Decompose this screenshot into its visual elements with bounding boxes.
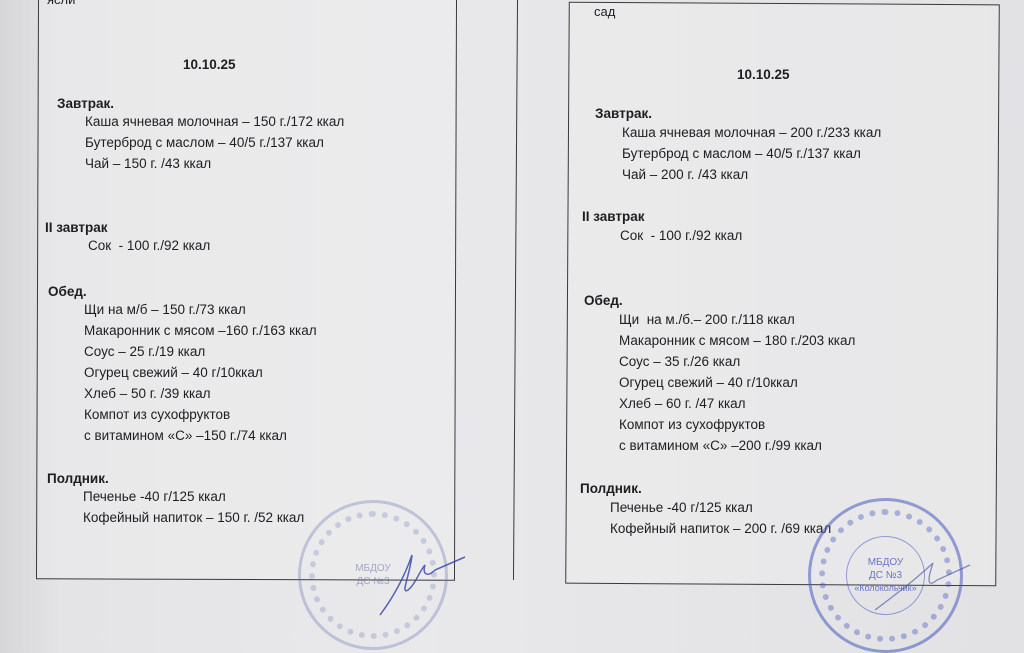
page-divider-line bbox=[513, 0, 518, 580]
stamp-text: ДС №3 bbox=[869, 569, 902, 582]
section-second-breakfast-kindergarten: II завтрак Сок - 100 г./92 ккал bbox=[582, 209, 742, 246]
menu-item: Печенье -40 г/125 ккал bbox=[610, 497, 831, 518]
menu-item: Щи на м./б.– 200 г./118 ккал bbox=[619, 309, 855, 330]
menu-item: Кофейный напиток – 200 г. /69 ккал bbox=[610, 518, 831, 539]
section-snack-kindergarten: Полдник. Печенье -40 г/125 ккал Кофейный… bbox=[580, 481, 831, 539]
menu-item: Соус – 35 г./26 ккал bbox=[619, 351, 855, 372]
stamp-text: МБДОУ bbox=[868, 556, 904, 569]
menu-item: Хлеб – 60 г. /47 ккал bbox=[619, 393, 855, 414]
group-label-kindergarten: сад bbox=[594, 4, 615, 19]
section-title: II завтрак bbox=[582, 209, 742, 224]
menu-item: Компот из сухофруктов bbox=[84, 404, 317, 425]
menu-item: Сок - 100 г./92 ккал bbox=[620, 225, 742, 246]
menu-item: Чай – 150 г. /43 ккал bbox=[85, 153, 344, 174]
menu-item: Бутерброд с маслом – 40/5 г./137 ккал bbox=[622, 143, 881, 164]
menu-item: Макаронник с мясом – 180 г./203 ккал bbox=[619, 330, 855, 351]
section-breakfast-kindergarten: Завтрак. Каша ячневая молочная – 200 г./… bbox=[595, 106, 881, 185]
menu-date-kindergarten: 10.10.25 bbox=[737, 67, 790, 82]
section-title: Обед. bbox=[584, 293, 855, 308]
menu-date-nursery: 10.10.25 bbox=[183, 57, 236, 72]
section-breakfast-nursery: Завтрак. Каша ячневая молочная – 150 г./… bbox=[57, 96, 344, 174]
menu-item: Каша ячневая молочная – 200 г./233 ккал bbox=[622, 122, 881, 143]
section-lunch-kindergarten: Обед. Щи на м./б.– 200 г./118 ккал Макар… bbox=[584, 293, 855, 456]
stamp-text: МБДОУ bbox=[355, 562, 391, 575]
section-title: Обед. bbox=[48, 284, 317, 299]
menu-item: Сок - 100 г./92 ккал bbox=[88, 235, 210, 256]
menu-item: Чай – 200 г. /43 ккал bbox=[622, 164, 881, 185]
stamp-text: ДС №3 bbox=[356, 575, 389, 588]
section-title: II завтрак bbox=[45, 220, 210, 235]
section-snack-nursery: Полдник. Печенье -40 г/125 ккал Кофейный… bbox=[47, 471, 304, 528]
section-second-breakfast-nursery: II завтрак Сок - 100 г./92 ккал bbox=[45, 220, 210, 256]
menu-item: Огурец свежий – 40 г/10ккал bbox=[84, 362, 317, 383]
section-title: Полдник. bbox=[47, 471, 304, 486]
menu-item: Компот из сухофруктов bbox=[619, 414, 855, 435]
section-title: Завтрак. bbox=[595, 106, 881, 121]
menu-item: Соус – 25 г./19 ккал bbox=[84, 341, 317, 362]
section-title: Завтрак. bbox=[57, 96, 344, 111]
menu-item: Печенье -40 г/125 ккал bbox=[83, 486, 304, 507]
section-lunch-nursery: Обед. Щи на м/б – 150 г./73 ккал Макарон… bbox=[48, 284, 317, 446]
menu-item: Щи на м/б – 150 г./73 ккал bbox=[84, 299, 317, 320]
section-title: Полдник. bbox=[580, 481, 831, 496]
stamp-text: «Колокольчик» bbox=[854, 582, 916, 595]
group-label-nursery: ясли bbox=[47, 0, 75, 7]
menu-item: Хлеб – 50 г. /39 ккал bbox=[84, 383, 317, 404]
menu-item: Огурец свежий – 40 г/10ккал bbox=[619, 372, 855, 393]
menu-item: Кофейный напиток – 150 г. /52 ккал bbox=[83, 507, 304, 528]
menu-item: с витамином «С» –200 г./99 ккал bbox=[619, 435, 855, 456]
menu-item: с витамином «С» –150 г./74 ккал bbox=[84, 425, 317, 446]
menu-item: Каша ячневая молочная – 150 г./172 ккал bbox=[85, 111, 344, 132]
menu-item: Бутерброд с маслом – 40/5 г./137 ккал bbox=[85, 132, 344, 153]
menu-item: Макаронник с мясом –160 г./163 ккал bbox=[84, 320, 317, 341]
